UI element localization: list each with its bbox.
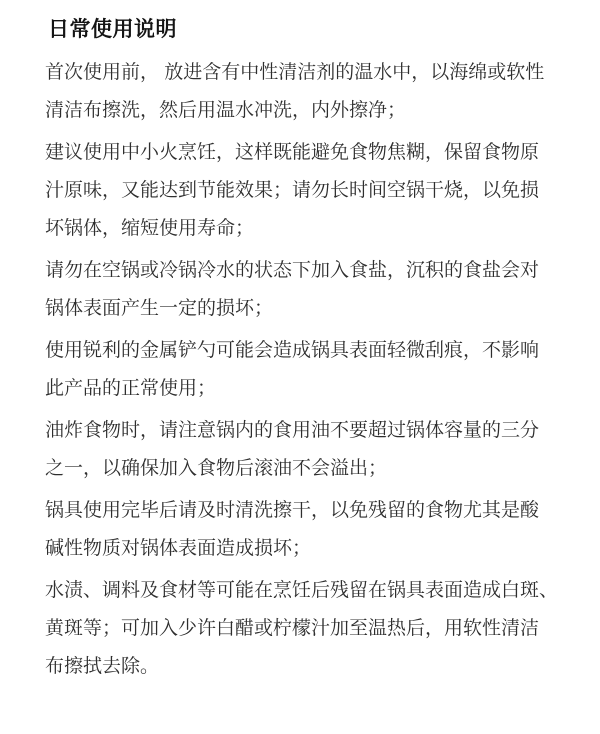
page-title: 日常使用说明 xyxy=(48,14,570,45)
bullet-text: 使用锐利的金属铲勺可能会造成锅具表面轻微刮痕，不影响 此产品的正常使用； xyxy=(45,332,570,408)
usage-instructions-document: 日常使用说明 首次使用前， 放进含有中性清洁剂的温水中，以海绵或软性 清洁布擦洗… xyxy=(0,0,600,734)
bullet-icon xyxy=(30,134,45,149)
bullet-icon xyxy=(30,572,45,587)
list-item: 油炸食物时，请注意锅内的食用油不要超过锅体容量的三分 之一，以确保加入食物后滚油… xyxy=(30,412,570,488)
list-item: 建议使用中小火烹饪，这样既能避免食物焦糊，保留食物原 汁原味，又能达到节能效果；… xyxy=(30,134,570,248)
list-item: 首次使用前， 放进含有中性清洁剂的温水中，以海绵或软性 清洁布擦洗，然后用温水冲… xyxy=(30,54,570,130)
bullet-text: 请勿在空锅或冷锅冷水的状态下加入食盐，沉积的食盐会对 锅体表面产生一定的损坏； xyxy=(45,252,570,328)
bullet-icon xyxy=(30,332,45,347)
bullet-text: 油炸食物时，请注意锅内的食用油不要超过锅体容量的三分 之一，以确保加入食物后滚油… xyxy=(45,412,570,488)
bullet-text: 建议使用中小火烹饪，这样既能避免食物焦糊，保留食物原 汁原味，又能达到节能效果；… xyxy=(45,134,570,248)
bullet-icon xyxy=(30,54,45,69)
list-item: 使用锐利的金属铲勺可能会造成锅具表面轻微刮痕，不影响 此产品的正常使用； xyxy=(30,332,570,408)
bullet-text: 首次使用前， 放进含有中性清洁剂的温水中，以海绵或软性 清洁布擦洗，然后用温水冲… xyxy=(45,54,570,130)
list-item: 锅具使用完毕后请及时清洗擦干，以免残留的食物尤其是酸 碱性物质对锅体表面造成损坏… xyxy=(30,492,570,568)
bullet-icon xyxy=(30,412,45,427)
bullet-icon xyxy=(30,492,45,507)
bullet-icon xyxy=(30,252,45,267)
list-item: 水渍、调料及食材等可能在烹饪后残留在锅具表面造成白斑、 黄斑等；可加入少许白醋或… xyxy=(30,572,570,686)
bullet-text: 锅具使用完毕后请及时清洗擦干，以免残留的食物尤其是酸 碱性物质对锅体表面造成损坏… xyxy=(45,492,570,568)
instruction-list: 首次使用前， 放进含有中性清洁剂的温水中，以海绵或软性 清洁布擦洗，然后用温水冲… xyxy=(30,54,570,686)
bullet-text: 水渍、调料及食材等可能在烹饪后残留在锅具表面造成白斑、 黄斑等；可加入少许白醋或… xyxy=(45,572,570,686)
list-item: 请勿在空锅或冷锅冷水的状态下加入食盐，沉积的食盐会对 锅体表面产生一定的损坏； xyxy=(30,252,570,328)
